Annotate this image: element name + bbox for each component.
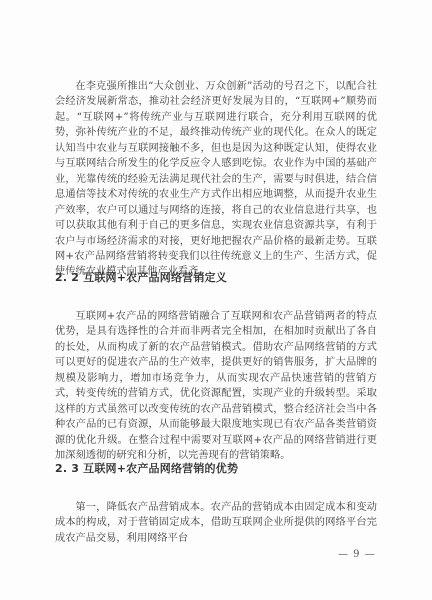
paragraph-intro: 在李克强所推出“大众创业、万众创新”活动的号召之下，以配合社会经济发展新常态，推… — [55, 79, 377, 280]
section-heading-2-2: 2. 2 互联网+农产品网络营销定义 — [55, 269, 227, 285]
paragraph-advantages: 第一，降低农产品营销成本。农产品的营销成本由固定成本和变动成本的构成，对于营销固… — [55, 500, 377, 546]
document-page: 在李克强所推出“大众创业、万众创新”活动的号召之下，以配合社会经济发展新常态，推… — [0, 0, 432, 600]
paragraph-definition: 互联网+农产品的网络营销融合了互联网和农产品营销两者的特点优势，是具有选择性的合… — [55, 309, 377, 464]
section-heading-2-3: 2. 3 互联网+农产品网络营销的优势 — [55, 460, 238, 476]
page-number: — 9 — — [338, 549, 376, 560]
